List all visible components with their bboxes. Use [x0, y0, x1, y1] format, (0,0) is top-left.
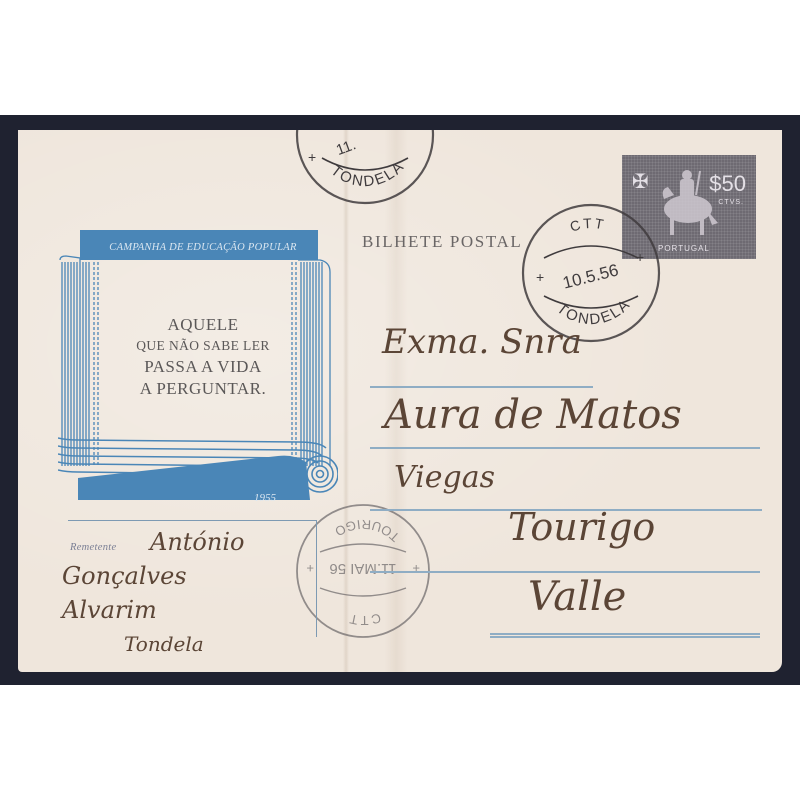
sender-line: Alvarim — [62, 596, 157, 624]
address-rule — [490, 633, 760, 635]
svg-text:TOURIGO: TOURIGO — [331, 517, 403, 545]
address-rule — [370, 571, 760, 573]
stamp-value: $50 — [709, 171, 746, 197]
recipient-line: Tourigo — [508, 505, 655, 549]
stamp-country: PORTUGAL — [658, 244, 710, 253]
svg-text:+: + — [636, 249, 644, 265]
campaign-illustration: CAMPANHA DE EDUCAÇÃO POPULAR AQUELE QUE … — [58, 230, 338, 520]
sender-line: Gonçalves — [62, 562, 187, 590]
svg-text:CTT: CTT — [568, 215, 607, 235]
svg-text:+: + — [308, 149, 316, 165]
campaign-slogan: AQUELE QUE NÃO SABE LER PASSA A VIDA A P… — [118, 314, 288, 400]
svg-text:11.MAI 56: 11.MAI 56 — [329, 560, 396, 577]
slogan-line: AQUELE — [118, 314, 288, 336]
address-rule — [370, 447, 760, 449]
campaign-year: 1955 — [254, 492, 276, 504]
recipient-line: Valle — [528, 574, 626, 620]
svg-text:TONDELA: TONDELA — [328, 157, 409, 190]
svg-text:CTT: CTT — [346, 610, 382, 628]
recipient-line: Viegas — [394, 460, 495, 495]
recipient-line: Aura de Matos — [384, 392, 682, 438]
sender-label: Remetente — [70, 542, 116, 553]
svg-text:11.: 11. — [334, 136, 358, 159]
sender-line: Tondela — [124, 632, 204, 656]
card-type-title: BILHETE POSTAL — [362, 232, 522, 252]
address-rule — [370, 386, 593, 388]
svg-text:10.5.56: 10.5.56 — [561, 260, 621, 292]
slogan-line: A PERGUNTAR. — [118, 378, 288, 400]
slogan-line: QUE NÃO SABE LER — [118, 336, 288, 356]
address-rule — [490, 636, 760, 638]
stamp-unit: CTVS. — [718, 199, 744, 206]
slogan-line: PASSA A VIDA — [118, 356, 288, 378]
svg-text:+: + — [412, 561, 420, 576]
recipient-line: Exma. Snra — [382, 322, 582, 362]
svg-text:+: + — [536, 269, 544, 285]
campaign-banner: CAMPANHA DE EDUCAÇÃO POPULAR — [88, 242, 318, 253]
cross-icon: ✠ — [632, 169, 649, 193]
postmark-tondela-partial: 11. + TONDELA — [292, 130, 438, 208]
postcard: CAMPANHA DE EDUCAÇÃO POPULAR AQUELE QUE … — [18, 130, 782, 672]
sender-line: António — [150, 528, 244, 556]
